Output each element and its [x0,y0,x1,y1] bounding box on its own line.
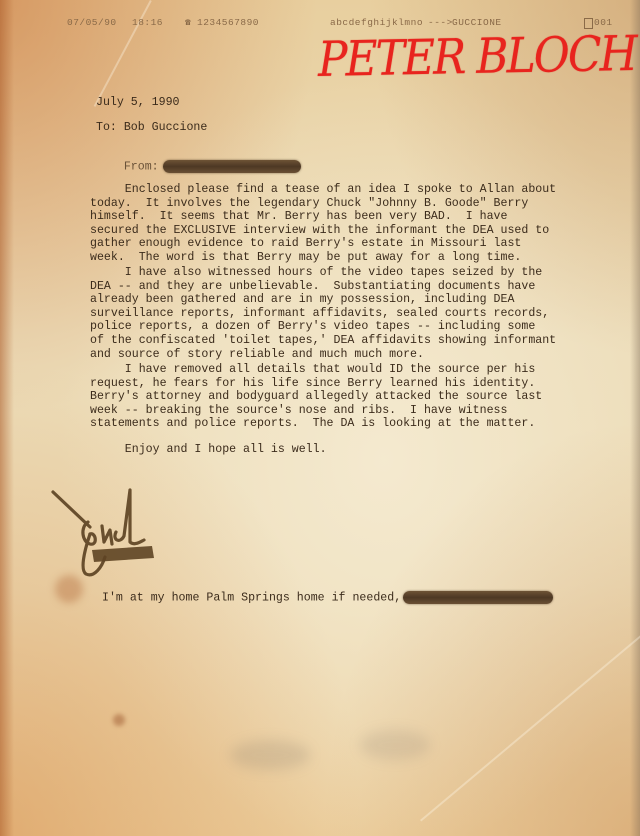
fax-arrow: ---> [428,17,453,28]
text-line: Enclosed please find a tease of an idea … [90,183,556,197]
text-line: week -- breaking the source's nose and r… [90,404,542,418]
text-line: and source of story reliable and much mu… [90,348,556,362]
telephone-icon: ☎ [185,17,191,28]
text-line: I have also witnessed hours of the video… [90,266,556,280]
dirt-smudge [360,730,430,760]
letter-from-line: From: [96,146,301,160]
text-line: today. It involves the legendary Chuck "… [90,197,556,211]
text-line: Enjoy and I hope all is well. [90,443,327,457]
paper-edge-stain [0,0,14,836]
paragraph-3: I have removed all details that would ID… [90,363,542,431]
fax-phone-number: 1234567890 [197,17,259,28]
fax-recipient: GUCCIONE [452,17,502,28]
signature [50,482,160,582]
text-line: of the confiscated 'toilet tapes,' DEA a… [90,334,556,348]
closing-text: I'm at my home Palm Springs home if need… [102,592,401,605]
paper-crease [420,627,640,821]
text-line: statements and police reports. The DA is… [90,417,542,431]
text-line: I have removed all details that would ID… [90,363,542,377]
letter-date: July 5, 1990 [96,96,180,110]
rust-spot [113,714,125,726]
paragraph-4: Enjoy and I hope all is well. [90,443,327,457]
paper-edge-shadow [630,0,640,836]
from-label: From: [124,160,159,173]
text-line: week. The word is that Berry may be put … [90,251,556,265]
paragraph-1: Enclosed please find a tease of an idea … [90,183,556,265]
dirt-smudge [230,740,310,770]
text-line: DEA -- and they are unbelievable. Substa… [90,280,556,294]
text-line: request, he fears for his life since Ber… [90,377,542,391]
closing-line: I'm at my home Palm Springs home if need… [102,591,553,605]
text-line: already been gathered and are in my poss… [90,293,556,307]
fax-date: 07/05/90 [67,17,117,28]
fax-sender-id: abcdefghijklmno [330,17,423,28]
text-line: surveillance reports, informant affidavi… [90,307,556,321]
handwritten-annotation: PETER BLOCH [318,26,629,98]
text-line: secured the EXCLUSIVE interview with the… [90,224,556,238]
redacted-contact [403,591,553,604]
text-line: Berry's attorney and bodyguard allegedly… [90,390,542,404]
text-line: himself. It seems that Mr. Berry has bee… [90,210,556,224]
letter-to-line: To: Bob Guccione [96,121,207,135]
redacted-sender [163,160,301,173]
paragraph-2: I have also witnessed hours of the video… [90,266,556,361]
text-line: gather enough evidence to raid Berry's e… [90,237,556,251]
text-line: police reports, a dozen of Berry's video… [90,320,556,334]
fax-time: 18:16 [132,17,163,28]
